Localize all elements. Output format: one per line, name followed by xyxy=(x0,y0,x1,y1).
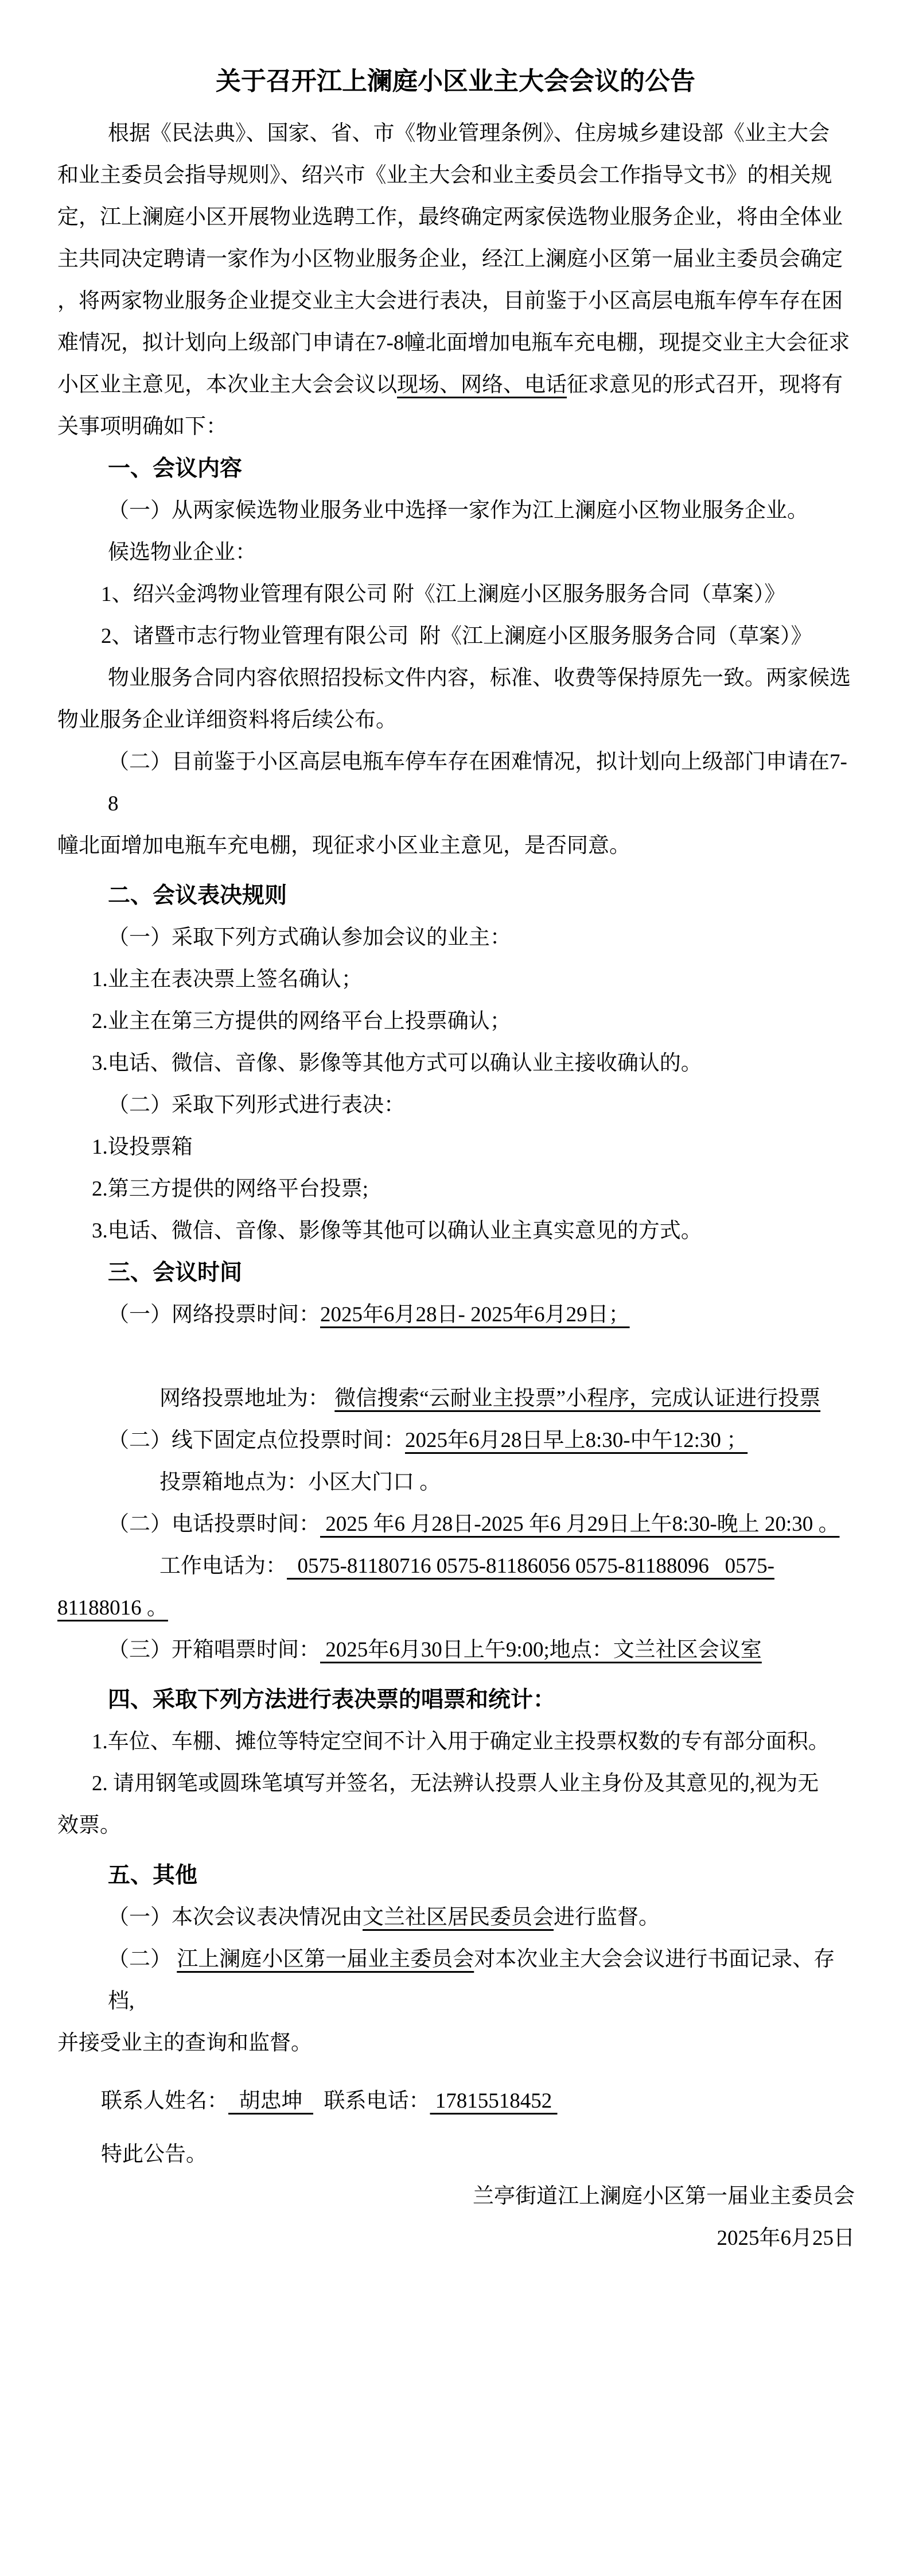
text-segment: 1、绍兴金鸿物业管理有限公司 附《江上澜庭小区服务服务合同（草案）》 xyxy=(101,583,785,606)
document-line: 2.第三方提供的网络平台投票; xyxy=(57,1168,855,1210)
document-line: 1.业主在表决票上签名确认； xyxy=(57,959,855,1000)
document-line: 候选物业企业： xyxy=(57,532,855,573)
underlined-text: 0575-81180716 0575-81186056 0575-8118809… xyxy=(287,1554,774,1578)
document-line: 81188016 。 xyxy=(57,1587,855,1629)
text-segment: 投票箱地点为：小区大门口 。 xyxy=(159,1471,441,1494)
document-line: 关事项明确如下： xyxy=(57,406,855,448)
text-segment: 幢北面增加电瓶车充电棚，现征求小区业主意见，是否同意。 xyxy=(57,834,630,858)
document-line: 网络投票地址为： 微信搜索“云耐业主投票”小程序，完成认证进行投票 xyxy=(57,1378,855,1419)
text-segment: 网络投票地址为： xyxy=(159,1387,334,1410)
text-segment: 特此公告。 xyxy=(101,2143,207,2166)
text-segment: 小区业主意见，本次业主大会会议以 xyxy=(57,373,397,397)
text-segment: 关事项明确如下： xyxy=(57,415,227,439)
text-segment: 2.业主在第三方提供的网络平台上投票确认； xyxy=(92,1010,511,1033)
document-body: 根据《民法典》、国家、省、市《物业管理条例》、住房城乡建设部《业主大会和业主委员… xyxy=(0,96,911,2259)
document-line: （二） 江上澜庭小区第一届业主委员会对本次业主大会会议进行书面记录、存档, xyxy=(57,1938,855,2022)
text-segment: 根据《民法典》、国家、省、市《物业管理条例》、住房城乡建设部《业主大会 xyxy=(108,122,830,145)
document-line: 幢北面增加电瓶车充电棚，现征求小区业主意见，是否同意。 xyxy=(57,825,855,867)
notice-document-page: 关于召开江上澜庭小区业主大会会议的公告 根据《民法典》、国家、省、市《物业管理条… xyxy=(0,0,911,2576)
text-segment: 并接受业主的查询和监督。 xyxy=(57,2031,312,2055)
document-line: （一）采取下列方式确认参加会议的业主： xyxy=(57,917,855,959)
text-segment: 工作电话为： xyxy=(159,1554,287,1578)
text-segment: （一）采取下列方式确认参加会议的业主： xyxy=(108,926,511,949)
document-line: 投票箱地点为：小区大门口 。 xyxy=(57,1461,855,1503)
text-segment: （二）电话投票时间： xyxy=(108,1512,320,1536)
document-line: 并接受业主的查询和监督。 xyxy=(57,2022,855,2064)
document-line: 和业主委员会指导规则》、绍兴市《业主大会和业主委员会工作指导文书》的相关规 xyxy=(57,154,855,196)
document-line: 根据《民法典》、国家、省、市《物业管理条例》、住房城乡建设部《业主大会 xyxy=(57,112,855,154)
underlined-text: 江上澜庭小区第一届业主委员会 xyxy=(177,1947,474,1971)
section-heading: 四、采取下列方法进行表决票的唱票和统计： xyxy=(57,1679,855,1721)
document-line: 难情况，拟计划向上级部门申请在7-8幢北面增加电瓶车充电棚，现提交业主大会征求 xyxy=(57,322,855,364)
text-segment: 2、诸暨市志行物业管理有限公司 附《江上澜庭小区服务服务合同（草案）》 xyxy=(101,624,812,648)
underlined-text: 17815518452 xyxy=(430,2089,558,2113)
text-segment: 1.车位、车棚、摊位等特定空间不计入用于确定业主投票权数的专有部分面积。 xyxy=(92,1730,830,1753)
document-line: 2025年6月25日 xyxy=(57,2217,855,2259)
underlined-text: 文兰社区居民委员会 xyxy=(363,1906,554,1929)
text-segment: 联系人姓名： xyxy=(101,2089,228,2113)
text-segment: 物业服务企业详细资料将后续公布。 xyxy=(57,708,397,732)
underlined-text: 2025年6月28日- 2025年6月29日； xyxy=(320,1303,630,1326)
document-line: （三）开箱唱票时间： 2025年6月30日上午9:00;地点：文兰社区会议室 xyxy=(57,1629,855,1671)
text-segment: 候选物业企业： xyxy=(108,541,256,564)
text-segment: （三）开箱唱票时间： xyxy=(108,1638,320,1662)
document-line: （一）从两家候选物业服务业中选择一家作为江上澜庭小区物业服务企业。 xyxy=(57,490,855,532)
document-line: 2、诸暨市志行物业管理有限公司 附《江上澜庭小区服务服务合同（草案）》 xyxy=(57,615,855,657)
document-line: （二）线下固定点位投票时间：2025年6月28日早上8:30-中午12:30 ； xyxy=(57,1419,855,1461)
text-segment: 联系电话： xyxy=(313,2089,430,2113)
text-segment: 三、会议时间 xyxy=(108,1260,242,1285)
document-line xyxy=(57,1336,855,1378)
text-segment: （二） xyxy=(108,1947,177,1971)
document-line: 主共同决定聘请一家作为小区物业服务企业，经江上澜庭小区第一届业主委员会确定 xyxy=(57,238,855,280)
document-line: （二）采取下列形式进行表决： xyxy=(57,1084,855,1126)
text-segment: 2. 请用钢笔或圆珠笔填写并签名，无法辨认投票人业主身份及其意见的,视为无 xyxy=(92,1772,819,1795)
text-segment: （一）从两家候选物业服务业中选择一家作为江上澜庭小区物业服务企业。 xyxy=(108,499,808,522)
section-heading: 五、其他 xyxy=(57,1855,855,1896)
underlined-text: 微信搜索“云耐业主投票”小程序，完成认证进行投票 xyxy=(334,1387,820,1410)
document-line: （二）电话投票时间： 2025 年6 月28日-2025 年6 月29日上午8:… xyxy=(57,1503,855,1545)
document-line: 3.电话、微信、音像、影像等其他可以确认业主真实意见的方式。 xyxy=(57,1210,855,1252)
text-segment: 四、采取下列方法进行表决票的唱票和统计： xyxy=(108,1687,555,1712)
text-segment: （二）采取下列形式进行表决： xyxy=(108,1093,405,1117)
underlined-text: 现场、网络、电话 xyxy=(397,373,567,397)
text-segment: 兰亭街道江上澜庭小区第一届业主委员会 xyxy=(473,2185,855,2208)
text-segment: 五、其他 xyxy=(108,1863,197,1888)
text-segment: 难情况，拟计划向上级部门申请在7-8幢北面增加电瓶车充电棚，现提交业主大会征求 xyxy=(57,331,850,355)
document-line: 定，江上澜庭小区开展物业选聘工作，最终确定两家侯选物业服务企业，将由全体业 xyxy=(57,196,855,238)
text-segment: 物业服务合同内容依照招投标文件内容，标准、收费等保持原先一致。两家候选 xyxy=(108,666,851,690)
document-line: 2. 请用钢笔或圆珠笔填写并签名，无法辨认投票人业主身份及其意见的,视为无 xyxy=(57,1763,855,1805)
underlined-text: 2025 年6 月28日-2025 年6 月29日上午8:30-晚上 20:30… xyxy=(320,1512,839,1536)
section-heading: 三、会议时间 xyxy=(57,1252,855,1294)
document-line: ，将两家物业服务企业提交业主大会进行表决，目前鉴于小区高层电瓶车停车存在困 xyxy=(57,280,855,322)
text-segment: （一）本次会议表决情况由 xyxy=(108,1906,363,1929)
section-heading: 一、会议内容 xyxy=(57,448,855,490)
text-segment: 效票。 xyxy=(57,1814,121,1837)
document-line: （一）本次会议表决情况由文兰社区居民委员会进行监督。 xyxy=(57,1896,855,1938)
document-line: 工作电话为： 0575-81180716 0575-81186056 0575-… xyxy=(57,1545,855,1587)
document-line: 兰亭街道江上澜庭小区第一届业主委员会 xyxy=(57,2175,855,2217)
text-segment: 进行监督。 xyxy=(554,1906,660,1929)
document-line: 联系人姓名： 胡忠坤 联系电话： 17815518452 xyxy=(57,2080,855,2122)
text-segment: 2025年6月25日 xyxy=(717,2226,855,2250)
text-segment xyxy=(57,1345,63,1368)
text-segment: 二、会议表决规则 xyxy=(108,883,287,908)
text-segment: 3.电话、微信、音像、影像等其他可以确认业主真实意见的方式。 xyxy=(92,1219,702,1243)
document-line: 1.设投票箱 xyxy=(57,1126,855,1168)
text-segment: 和业主委员会指导规则》、绍兴市《业主大会和业主委员会工作指导文书》的相关规 xyxy=(57,164,832,187)
text-segment: ，将两家物业服务企业提交业主大会进行表决，目前鉴于小区高层电瓶车停车存在困 xyxy=(57,289,843,313)
underlined-text: 2025年6月30日上午9:00;地点：文兰社区会议室 xyxy=(320,1638,762,1662)
underlined-text: 81188016 。 xyxy=(57,1596,168,1620)
document-line: 1.车位、车棚、摊位等特定空间不计入用于确定业主投票权数的专有部分面积。 xyxy=(57,1721,855,1763)
document-line: 物业服务合同内容依照招投标文件内容，标准、收费等保持原先一致。两家候选 xyxy=(57,657,855,699)
text-segment: 1.业主在表决票上签名确认； xyxy=(92,968,363,991)
document-line: 3.电话、微信、音像、影像等其他方式可以确认业主接收确认的。 xyxy=(57,1042,855,1084)
underlined-text: 胡忠坤 xyxy=(228,2089,313,2113)
text-segment: 一、会议内容 xyxy=(108,456,242,481)
section-heading: 二、会议表决规则 xyxy=(57,875,855,917)
document-title: 关于召开江上澜庭小区业主大会会议的公告 xyxy=(0,0,911,96)
text-segment: （二）目前鉴于小区高层电瓶车停车存在困难情况，拟计划向上级部门申请在7-8 xyxy=(108,750,847,816)
text-segment: 3.电话、微信、音像、影像等其他方式可以确认业主接收确认的。 xyxy=(92,1052,702,1075)
text-segment: （二）线下固定点位投票时间： xyxy=(108,1429,405,1452)
text-segment: 2.第三方提供的网络平台投票; xyxy=(92,1177,368,1201)
document-line: 效票。 xyxy=(57,1805,855,1846)
document-line: 2.业主在第三方提供的网络平台上投票确认； xyxy=(57,1000,855,1042)
document-line: 物业服务企业详细资料将后续公布。 xyxy=(57,699,855,741)
document-line: （一）网络投票时间：2025年6月28日- 2025年6月29日； xyxy=(57,1294,855,1336)
document-line: 小区业主意见，本次业主大会会议以现场、网络、电话征求意见的形式召开，现将有 xyxy=(57,364,855,406)
text-segment: 1.设投票箱 xyxy=(92,1135,193,1159)
text-segment: 定，江上澜庭小区开展物业选聘工作，最终确定两家侯选物业服务企业，将由全体业 xyxy=(57,205,843,229)
text-segment: 征求意见的形式召开，现将有 xyxy=(567,373,843,397)
document-line: 特此公告。 xyxy=(57,2133,855,2175)
document-line: 1、绍兴金鸿物业管理有限公司 附《江上澜庭小区服务服务合同（草案）》 xyxy=(57,573,855,615)
text-segment: （一）网络投票时间： xyxy=(108,1303,320,1326)
underlined-text: 2025年6月28日早上8:30-中午12:30 ； xyxy=(405,1429,748,1452)
document-line: （二）目前鉴于小区高层电瓶车停车存在困难情况，拟计划向上级部门申请在7-8 xyxy=(57,741,855,825)
text-segment: 主共同决定聘请一家作为小区物业服务企业，经江上澜庭小区第一届业主委员会确定 xyxy=(57,247,843,271)
